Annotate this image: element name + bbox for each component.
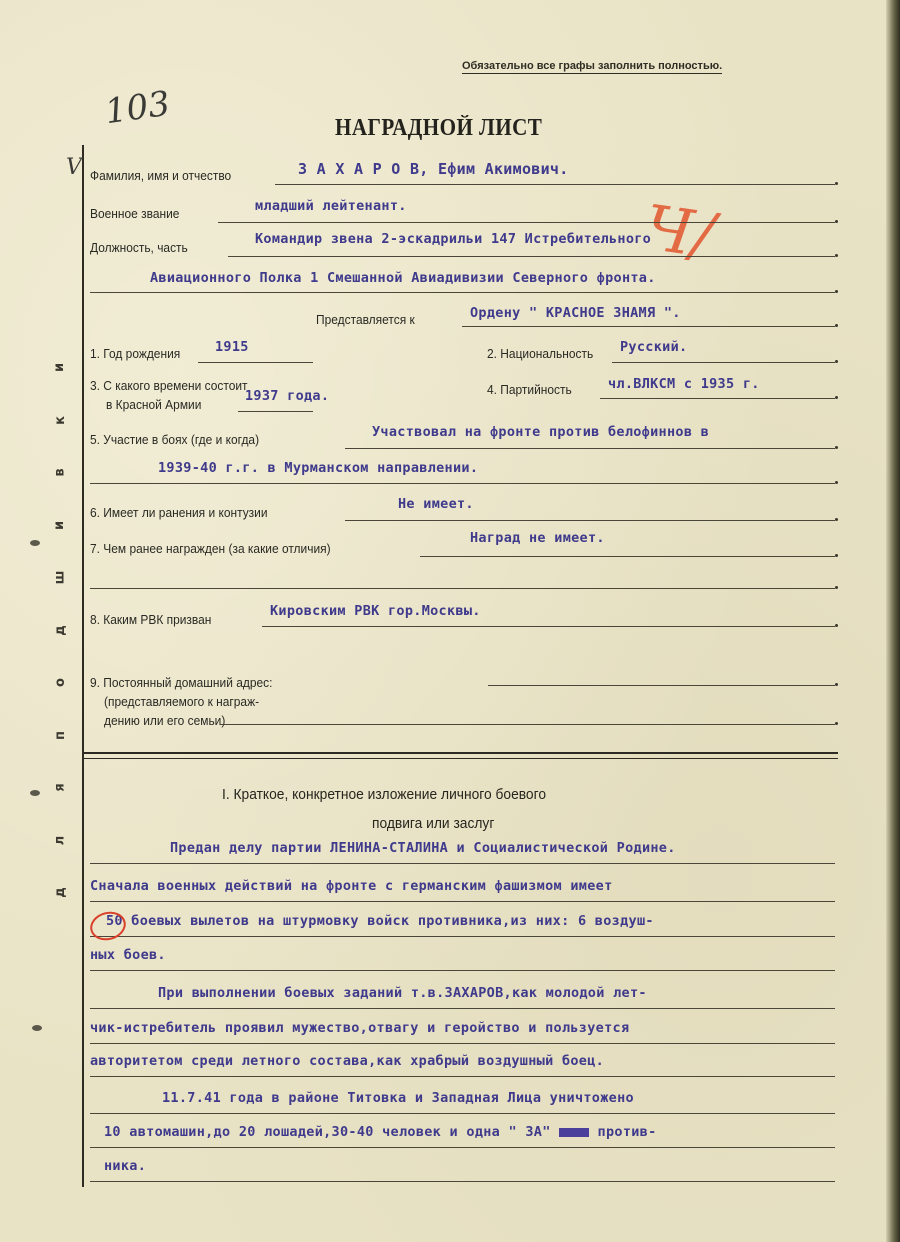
binding-letter: о	[53, 678, 68, 687]
margin-line	[82, 145, 84, 1187]
field-rule	[90, 863, 835, 864]
awards-value: Наград не имеет.	[470, 530, 605, 546]
field-rule	[345, 448, 835, 449]
battles-value-line2: 1939-40 г.г. в Мурманском направлении.	[158, 460, 478, 476]
field-rule	[90, 1147, 835, 1148]
address-label-3: дению или его семьи)	[104, 713, 225, 728]
narrative-line: Сначала военных действий на фронте с гер…	[90, 878, 613, 894]
wounds-value: Не имеет.	[398, 496, 474, 512]
field-rule	[90, 588, 835, 589]
field-rule	[220, 724, 835, 725]
field-rule	[262, 626, 835, 627]
battles-value-line1: Участвовал на фронте против белофиннов в	[372, 424, 709, 440]
binding-letter: л	[53, 835, 68, 845]
party-label: 4. Партийность	[487, 382, 572, 397]
field-rule	[238, 411, 313, 412]
field-rule	[90, 292, 835, 293]
rvk-label: 8. Каким РВК призван	[90, 612, 211, 627]
name-value: З А Х А Р О В, Ефим Акимович.	[298, 160, 569, 178]
field-rule	[90, 1043, 835, 1044]
field-rule	[90, 970, 835, 971]
field-rule	[488, 685, 835, 686]
field-rule	[462, 326, 835, 327]
army-since-label-2: в Красной Армии	[106, 397, 201, 412]
field-rule	[228, 256, 835, 257]
field-rule	[198, 362, 313, 363]
narrative-line: 10 автомашин,до 20 лошадей,30-40 человек…	[104, 1124, 657, 1140]
field-rule	[90, 1076, 835, 1077]
binding-letter: к	[52, 416, 67, 425]
field-rule	[420, 556, 835, 557]
narrative-line: ника.	[104, 1158, 146, 1174]
nationality-label: 2. Национальность	[487, 346, 593, 361]
red-annotation: Ч/	[640, 191, 718, 273]
binding-letter: д	[53, 625, 68, 636]
narrative-line: Предан делу партии ЛЕНИНА-СТАЛИНА и Соци…	[170, 840, 676, 856]
page-title: НАГРАДНОЙ ЛИСТ	[335, 115, 542, 142]
rank-value: младший лейтенант.	[255, 198, 407, 214]
binding-letter: д	[53, 887, 68, 898]
address-label-2: (представляемого к награж-	[104, 694, 259, 709]
page-edge	[886, 0, 900, 1242]
field-rule	[90, 1113, 835, 1114]
narrative-line: чик-истребитель проявил мужество,отвагу …	[90, 1020, 629, 1036]
field-rule	[218, 222, 835, 223]
nationality-value: Русский.	[620, 339, 687, 355]
birth-year-label: 1. Год рождения	[90, 346, 180, 361]
field-rule	[90, 1181, 835, 1182]
presented-value: Ордену " КРАСНОЕ ЗНАМЯ ".	[470, 305, 681, 321]
binding-letter: и	[52, 520, 67, 529]
field-rule	[600, 398, 835, 399]
section-divider	[84, 752, 838, 759]
punch-hole	[30, 540, 40, 546]
birth-year-value: 1915	[215, 339, 249, 355]
position-value-line2: Авиационного Полка 1 Смешанной Авиадивиз…	[150, 270, 656, 286]
field-rule	[90, 901, 835, 902]
battles-label: 5. Участие в боях (где и когда)	[90, 432, 259, 447]
position-label: Должность, часть	[90, 240, 188, 255]
field-rule	[275, 184, 835, 185]
narrative-line: ных боев.	[90, 947, 166, 963]
binding-letter: я	[52, 783, 67, 791]
army-since-value: 1937 года.	[245, 388, 329, 404]
notice-text: Обязательно все графы заполнить полность…	[462, 60, 722, 74]
check-mark: V	[66, 155, 82, 180]
field-rule	[90, 483, 835, 484]
section-heading-1: I. Краткое, конкретное изложение личного…	[222, 786, 546, 803]
wounds-label: 6. Имеет ли ранения и контузии	[90, 505, 268, 520]
field-rule	[612, 362, 835, 363]
rvk-value: Кировским РВК гор.Москвы.	[270, 603, 481, 619]
position-value-line1: Командир звена 2-эскадрильи 147 Истребит…	[255, 231, 651, 247]
narrative-line: 50 боевых вылетов на штурмовку войск про…	[106, 913, 654, 929]
binding-letter: в	[52, 468, 67, 476]
name-label: Фамилия, имя и отчество	[90, 168, 231, 183]
field-rule	[90, 1008, 835, 1009]
presented-label: Представляется к	[316, 312, 415, 327]
field-rule	[90, 936, 835, 937]
rank-label: Военное звание	[90, 206, 179, 221]
sheet-number: 103	[103, 84, 173, 133]
section-heading-2: подвига или заслуг	[372, 815, 494, 832]
address-label-1: 9. Постоянный домашний адрес:	[90, 675, 272, 690]
binding-letter: и	[52, 363, 67, 372]
narrative-line: При выполнении боевых заданий т.в.ЗАХАРО…	[158, 985, 647, 1001]
punch-hole	[32, 1025, 42, 1031]
army-since-label-1: 3. С какого времени состоит	[90, 378, 248, 393]
narrative-line: авторитетом среди летного состава,как хр…	[90, 1053, 604, 1069]
redaction-mark	[559, 1128, 589, 1137]
awards-label: 7. Чем ранее награжден (за какие отличия…	[90, 541, 331, 556]
binding-letter: п	[52, 731, 67, 740]
party-value: чл.ВЛКСМ с 1935 г.	[608, 376, 760, 392]
binding-letter: ш	[53, 571, 68, 585]
field-rule	[345, 520, 835, 521]
narrative-line: 11.7.41 года в районе Титовка и Западная…	[162, 1090, 634, 1106]
binding-margin-text: дляподшивки	[48, 360, 72, 900]
punch-hole	[30, 790, 40, 796]
